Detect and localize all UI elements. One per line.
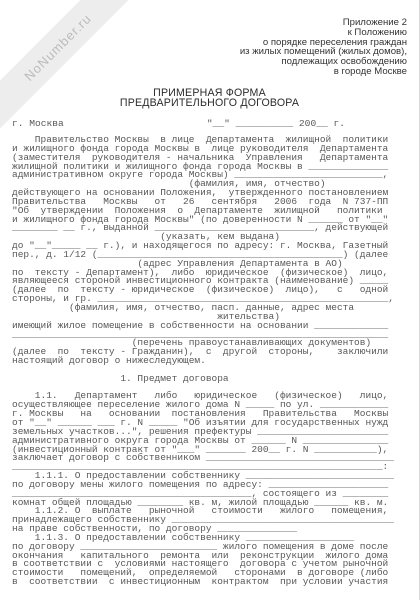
date-blank: "__" __________ 200__ г. <box>207 118 419 129</box>
annex-note-line: в городе Москве <box>0 67 407 77</box>
document-text-line: в соответствии с инвестиционным контракт… <box>12 578 419 587</box>
city-label: г. Москва <box>0 118 64 129</box>
document-text-line: 1. Предмет договора <box>12 375 419 384</box>
annex-note: Приложение 2к Положениюо порядке пересел… <box>0 0 419 77</box>
document-content: Приложение 2к Положениюо порядке пересел… <box>0 0 419 587</box>
document-title-line-2: ПРЕДВАРИТЕЛЬНОГО ДОГОВОРА <box>0 98 419 109</box>
document-page: NoNumber.ru Приложение 2к Положениюо пор… <box>0 0 420 600</box>
document-text-line: настоящий договор о нижеследующем. <box>12 357 419 366</box>
document-body: Правительство Москвы в лице Департамента… <box>0 136 419 587</box>
document-title: ПРИМЕРНАЯ ФОРМА ПРЕДВАРИТЕЛЬНОГО ДОГОВОР… <box>0 88 419 109</box>
place-and-date-line: г. Москва "__" __________ 200__ г. <box>0 118 419 129</box>
annex-note-line: Приложение 2 <box>0 18 407 28</box>
